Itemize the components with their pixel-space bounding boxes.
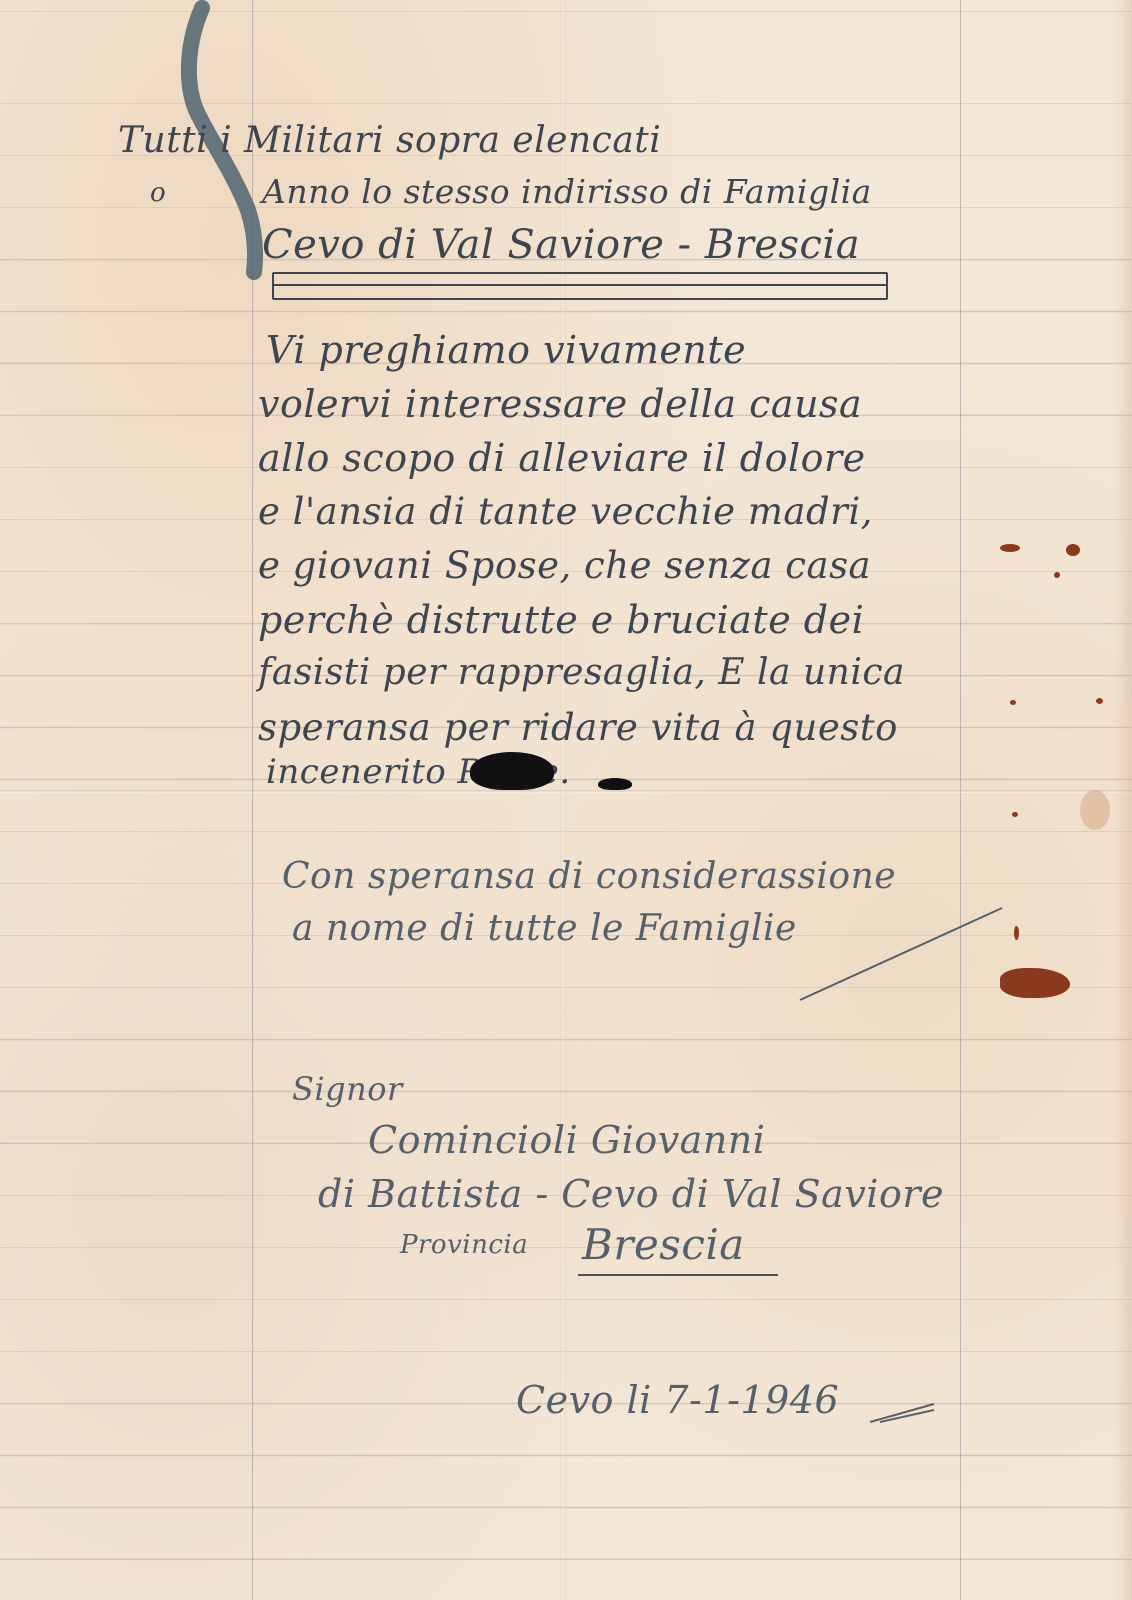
addressee-line-2: di Battista - Cevo di Val Saviore (318, 1172, 944, 1216)
double-rule-divider (272, 272, 888, 300)
body-line-2: volervi interessare della causa (258, 382, 862, 426)
rust-stain (1014, 926, 1019, 940)
rust-stain (1066, 544, 1080, 556)
rust-stain (1012, 812, 1018, 817)
place-date: Cevo li 7-1-1946 (516, 1378, 839, 1422)
margin-mark: o (150, 178, 166, 208)
body-line-6: perchè distrutte e bruciate dei (258, 598, 864, 642)
paper-edge-shadow (1114, 0, 1132, 1600)
closing-line-1: Con speransa di considerassione (282, 856, 896, 897)
province-name: Brescia (582, 1220, 745, 1269)
body-line-3: allo scopo di alleviare il dolore (258, 436, 866, 480)
letter-page: Tutti i Militari sopra elencati o Anno l… (0, 0, 1132, 1600)
body-line-8: speransa per ridare vita à questo (258, 706, 898, 749)
body-line-4: e l'ansia di tante vecchie madri, (258, 490, 873, 533)
ink-blot (470, 752, 554, 790)
rust-stain (1000, 544, 1020, 552)
body-line-1: Vi preghiamo vivamente (266, 328, 746, 372)
ink-blot-small (598, 778, 632, 790)
province-label: Provincia (400, 1230, 528, 1260)
rust-stain (1010, 700, 1016, 705)
rust-stain (1096, 698, 1103, 704)
header-line-3: Cevo di Val Saviore - Brescia (262, 222, 860, 268)
rust-stain (1054, 572, 1060, 578)
salutation: Signor (292, 1070, 403, 1108)
province-underline (578, 1274, 778, 1276)
body-line-5: e giovani Spose, che senza casa (258, 544, 871, 587)
water-stain (1080, 790, 1110, 830)
closing-flourish (790, 900, 1010, 1010)
body-line-7: fasisti per rappresaglia, E la unica (258, 652, 905, 693)
header-line-2: Anno lo stesso indirisso di Famiglia (262, 172, 872, 211)
right-margin-line (960, 0, 961, 1600)
addressee-name: Comincioli Giovanni (368, 1118, 765, 1162)
closing-line-2: a nome di tutte le Famiglie (292, 908, 797, 949)
header-line-1: Tutti i Militari sopra elencati (118, 120, 661, 161)
rust-stain-large (1000, 968, 1070, 998)
date-flourish (868, 1396, 938, 1426)
